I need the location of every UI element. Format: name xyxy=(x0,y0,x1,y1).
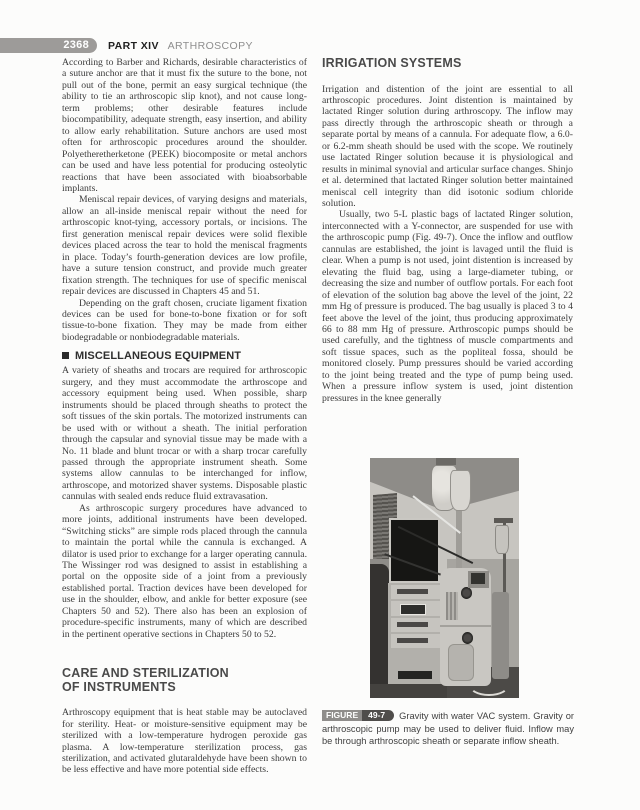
heading-line: CARE AND STERILIZATION xyxy=(62,666,229,680)
photo-tower-unit xyxy=(391,618,441,632)
part-title: ARTHROSCOPY xyxy=(168,40,253,52)
part-label: PART XIV xyxy=(108,40,159,52)
photo-pump-grille xyxy=(446,592,458,620)
photo-iv-pole-hooks xyxy=(494,518,513,523)
photo-pump-port xyxy=(462,632,473,644)
figure-label-badge: FIGURE xyxy=(322,710,362,721)
paragraph: A variety of sheaths and trocars are req… xyxy=(62,365,307,502)
photo-unit-panel xyxy=(397,622,428,627)
photo-tower-unit xyxy=(391,634,441,648)
photo-ringer-bag-right xyxy=(450,470,471,511)
section-heading-care-and-sterilization: CARE AND STERILIZATIONOF INSTRUMENTS xyxy=(62,667,307,694)
section-bullet-icon xyxy=(62,352,69,359)
section-heading-miscellaneous-equipment: MISCELLANEOUS EQUIPMENT xyxy=(62,350,307,363)
heading-line: OF INSTRUMENTS xyxy=(62,680,176,694)
book-page: 2368 PART XIV ARTHROSCOPY According to B… xyxy=(0,0,640,810)
running-head: PART XIV ARTHROSCOPY xyxy=(108,39,253,53)
section-heading-label: MISCELLANEOUS EQUIPMENT xyxy=(75,350,241,362)
paragraph: Depending on the graft chosen, cruciate … xyxy=(62,298,307,344)
photo-cart-handle xyxy=(492,592,508,678)
photo-floor-cable xyxy=(468,672,510,696)
right-column: IRRIGATION SYSTEMS Irrigation and disten… xyxy=(322,57,573,404)
page-number-badge: 2368 xyxy=(0,38,97,53)
photo-unit-panel xyxy=(397,638,428,643)
figure-number-badge: 49-7 xyxy=(362,710,394,721)
photo-tower-unit xyxy=(391,601,441,615)
photo-bag-hanger xyxy=(436,458,457,465)
photo-pump-pole xyxy=(456,504,462,578)
photo-unit-panel xyxy=(397,589,428,594)
photo-pump-window xyxy=(448,644,474,681)
photo-equipment-tower xyxy=(388,583,445,684)
photo-iv-bag-small xyxy=(495,525,508,554)
photo-monitor xyxy=(389,518,440,583)
photo-tower-unit xyxy=(391,585,441,599)
figure-caption: FIGURE49-7Gravity with water VAC system.… xyxy=(322,710,574,748)
figure-49-7-photo xyxy=(370,458,519,698)
left-column: According to Barber and Richards, desira… xyxy=(62,57,307,776)
photo-unit-screen xyxy=(400,604,426,615)
section-heading-irrigation-systems: IRRIGATION SYSTEMS xyxy=(322,57,573,71)
photo-pump-display xyxy=(468,571,489,588)
photo-pump-display-screen xyxy=(471,573,486,583)
paragraph: According to Barber and Richards, desira… xyxy=(62,57,307,194)
paragraph: Meniscal repair devices, of varying desi… xyxy=(62,194,307,297)
photo-pump-port xyxy=(461,587,472,599)
paragraph: Arthroscopy equipment that is heat stabl… xyxy=(62,707,307,776)
paragraph: Usually, two 5-L plastic bags of lactate… xyxy=(322,209,573,404)
paragraph: Irrigation and distention of the joint a… xyxy=(322,84,573,210)
photo-keyboard-tray xyxy=(398,671,432,678)
photo-pump-band xyxy=(440,625,491,627)
paragraph: As arthroscopic surgery procedures have … xyxy=(62,503,307,640)
photo-chair xyxy=(370,564,389,698)
